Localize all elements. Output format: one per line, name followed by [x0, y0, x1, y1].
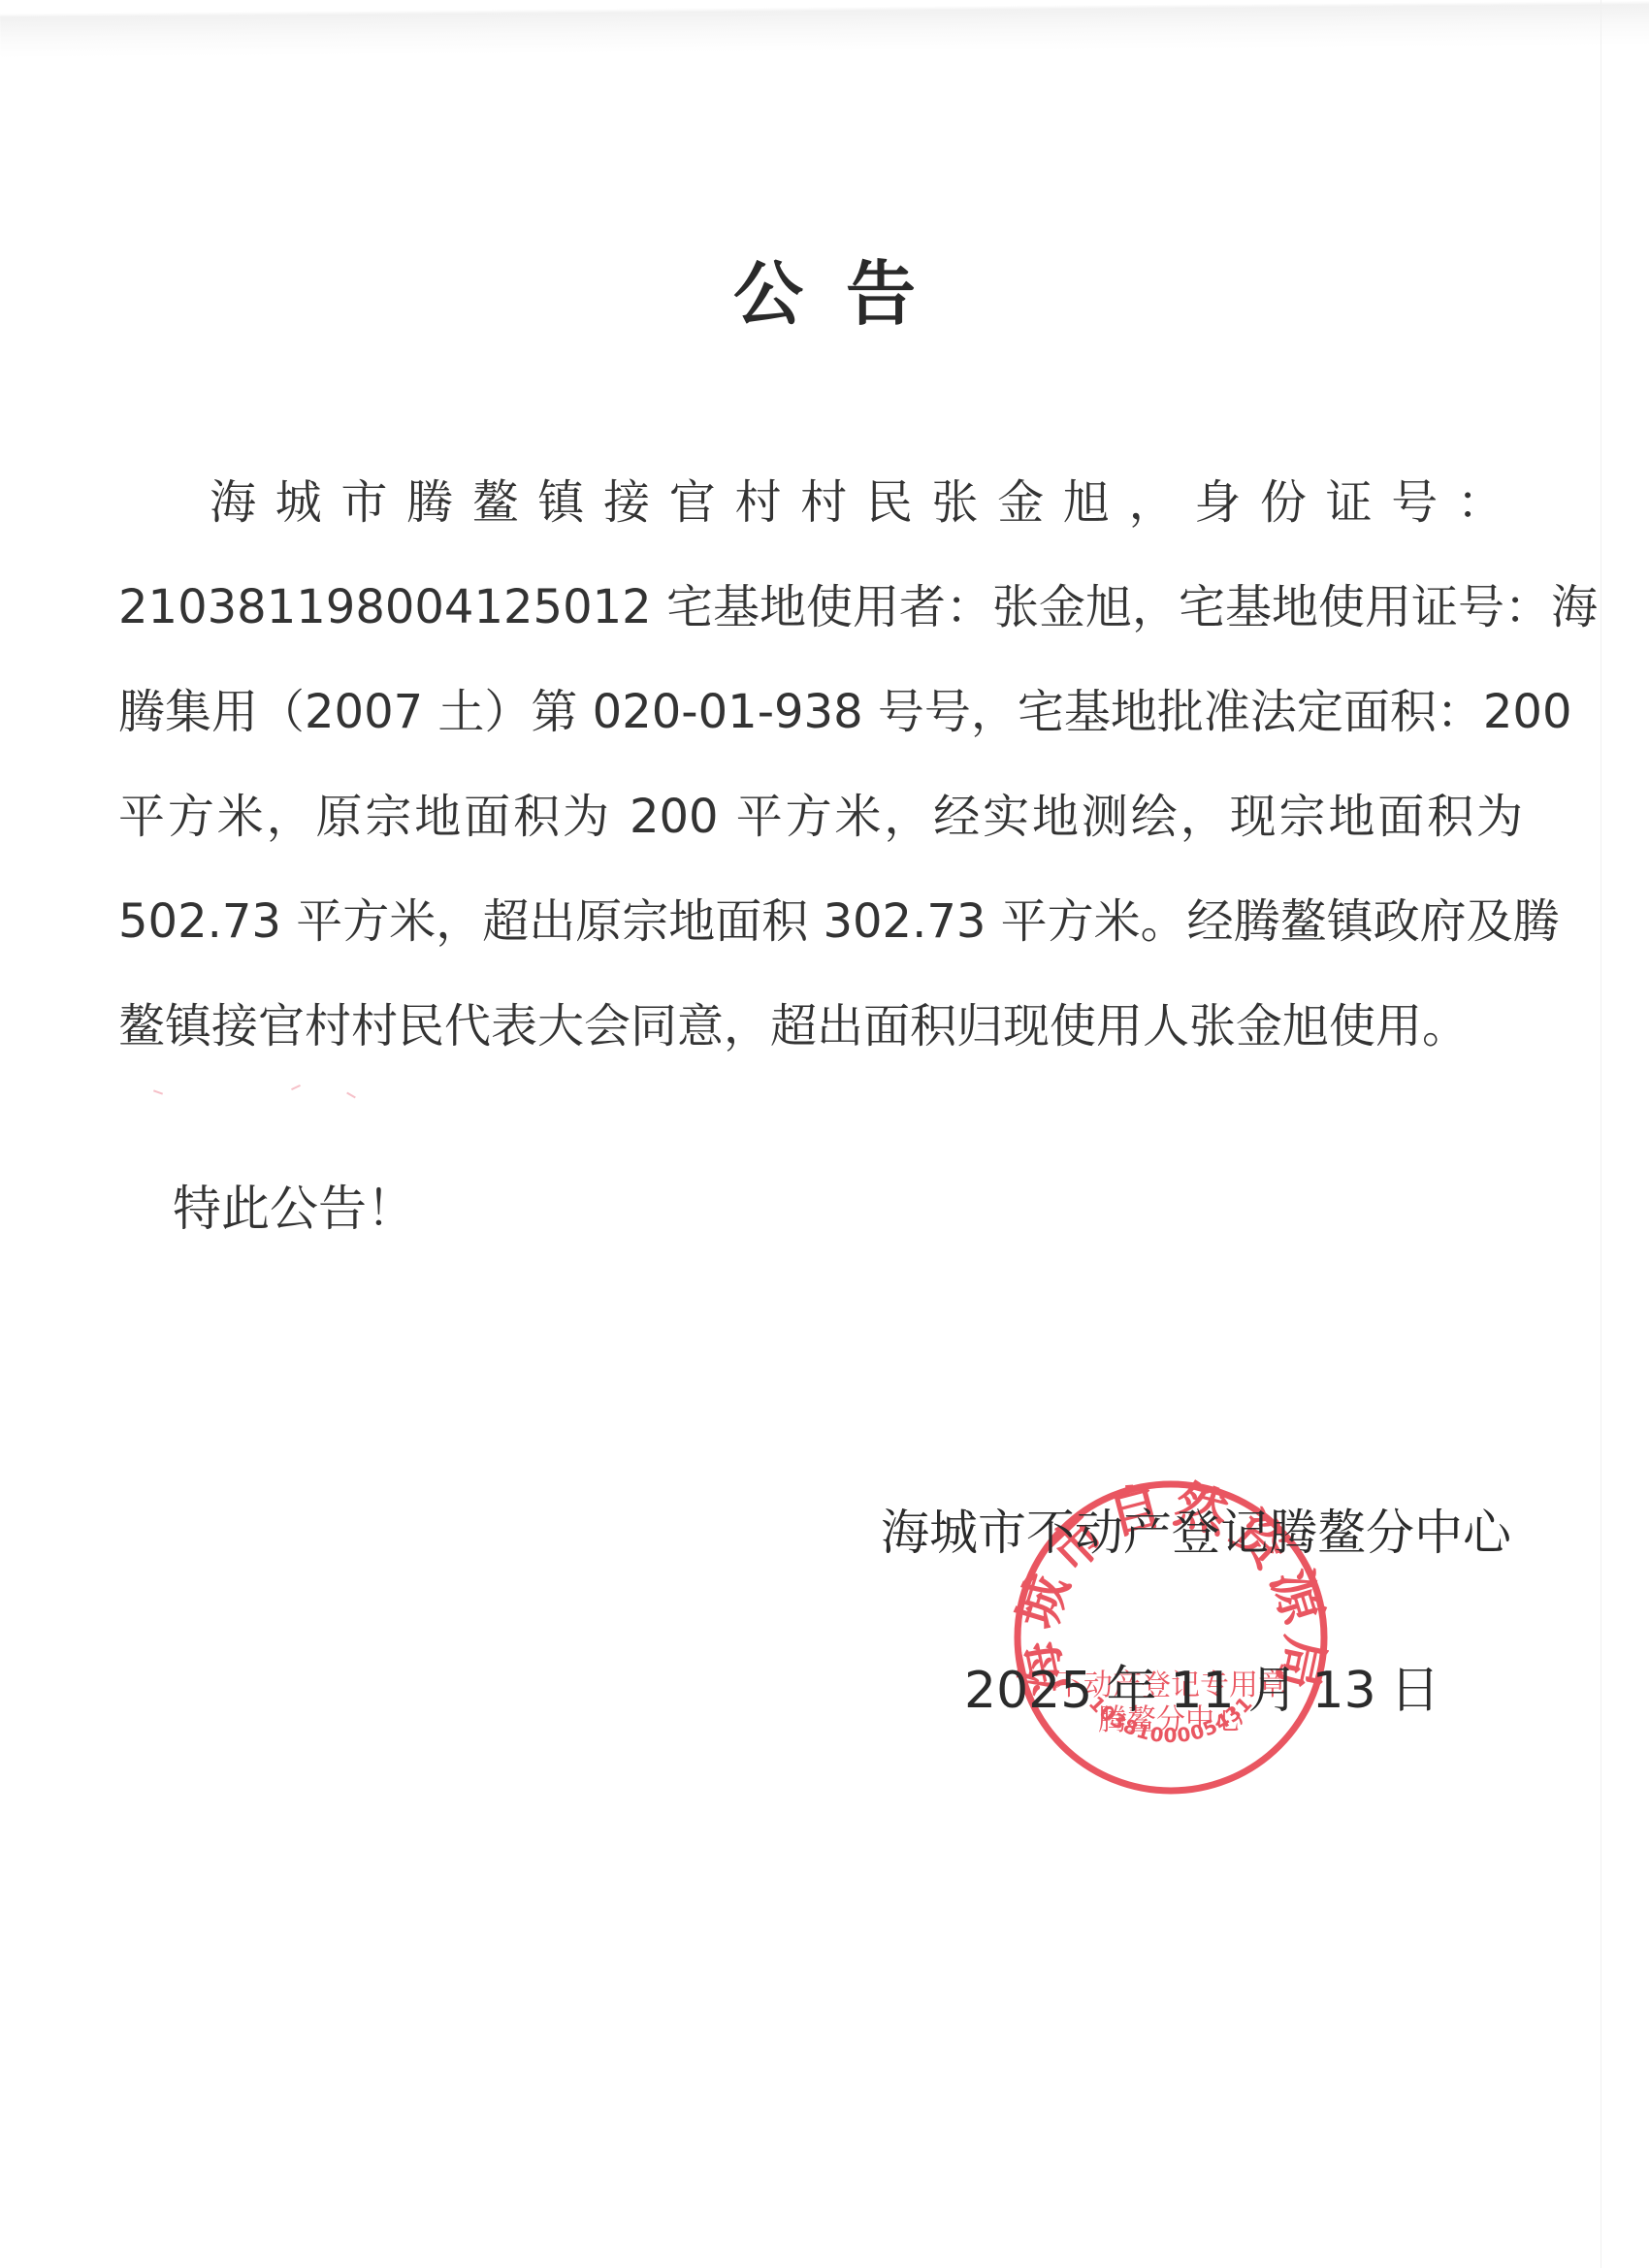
body-line-1: 海城市腾鳌镇接官村村民张金旭，身份证号：	[210, 473, 1521, 532]
scan-edge-top	[0, 0, 1649, 58]
body-line-2: 210381198004125012 宅基地使用者：张金旭，宅基地使用证号：海	[118, 578, 1523, 636]
ink-speck	[153, 1089, 163, 1094]
signature-date: 2025年11月13日	[964, 1661, 1454, 1721]
date-year: 2025	[964, 1662, 1092, 1720]
body-line-5: 502.73 平方米，超出原宗地面积 302.73 平方米。经腾鳌镇政府及腾	[118, 892, 1523, 951]
body-line-6: 鳌镇接官村村民代表大会同意，超出面积归现使用人张金旭使用。	[118, 997, 1469, 1055]
body-line-3: 腾集用（2007 土）第 020-01-938 号号，宅基地批准法定面积：200	[118, 683, 1523, 741]
date-month: 11	[1170, 1662, 1234, 1720]
scan-edge-right	[1600, 0, 1601, 2268]
date-month-unit: 月	[1248, 1662, 1299, 1720]
issuing-organization: 海城市不动产登记腾鳌分中心	[881, 1504, 1507, 1562]
body-line-4: 平方米，原宗地面积为 200 平方米，经实地测绘，现宗地面积为	[118, 788, 1523, 846]
ink-speck	[346, 1092, 356, 1099]
closing-statement: 特此公告！	[173, 1180, 415, 1238]
date-year-unit: 年	[1106, 1662, 1156, 1720]
ink-speck	[291, 1085, 301, 1090]
document-title: 公告	[0, 250, 1649, 338]
date-day-unit: 日	[1390, 1662, 1440, 1720]
date-day: 13	[1312, 1662, 1376, 1720]
